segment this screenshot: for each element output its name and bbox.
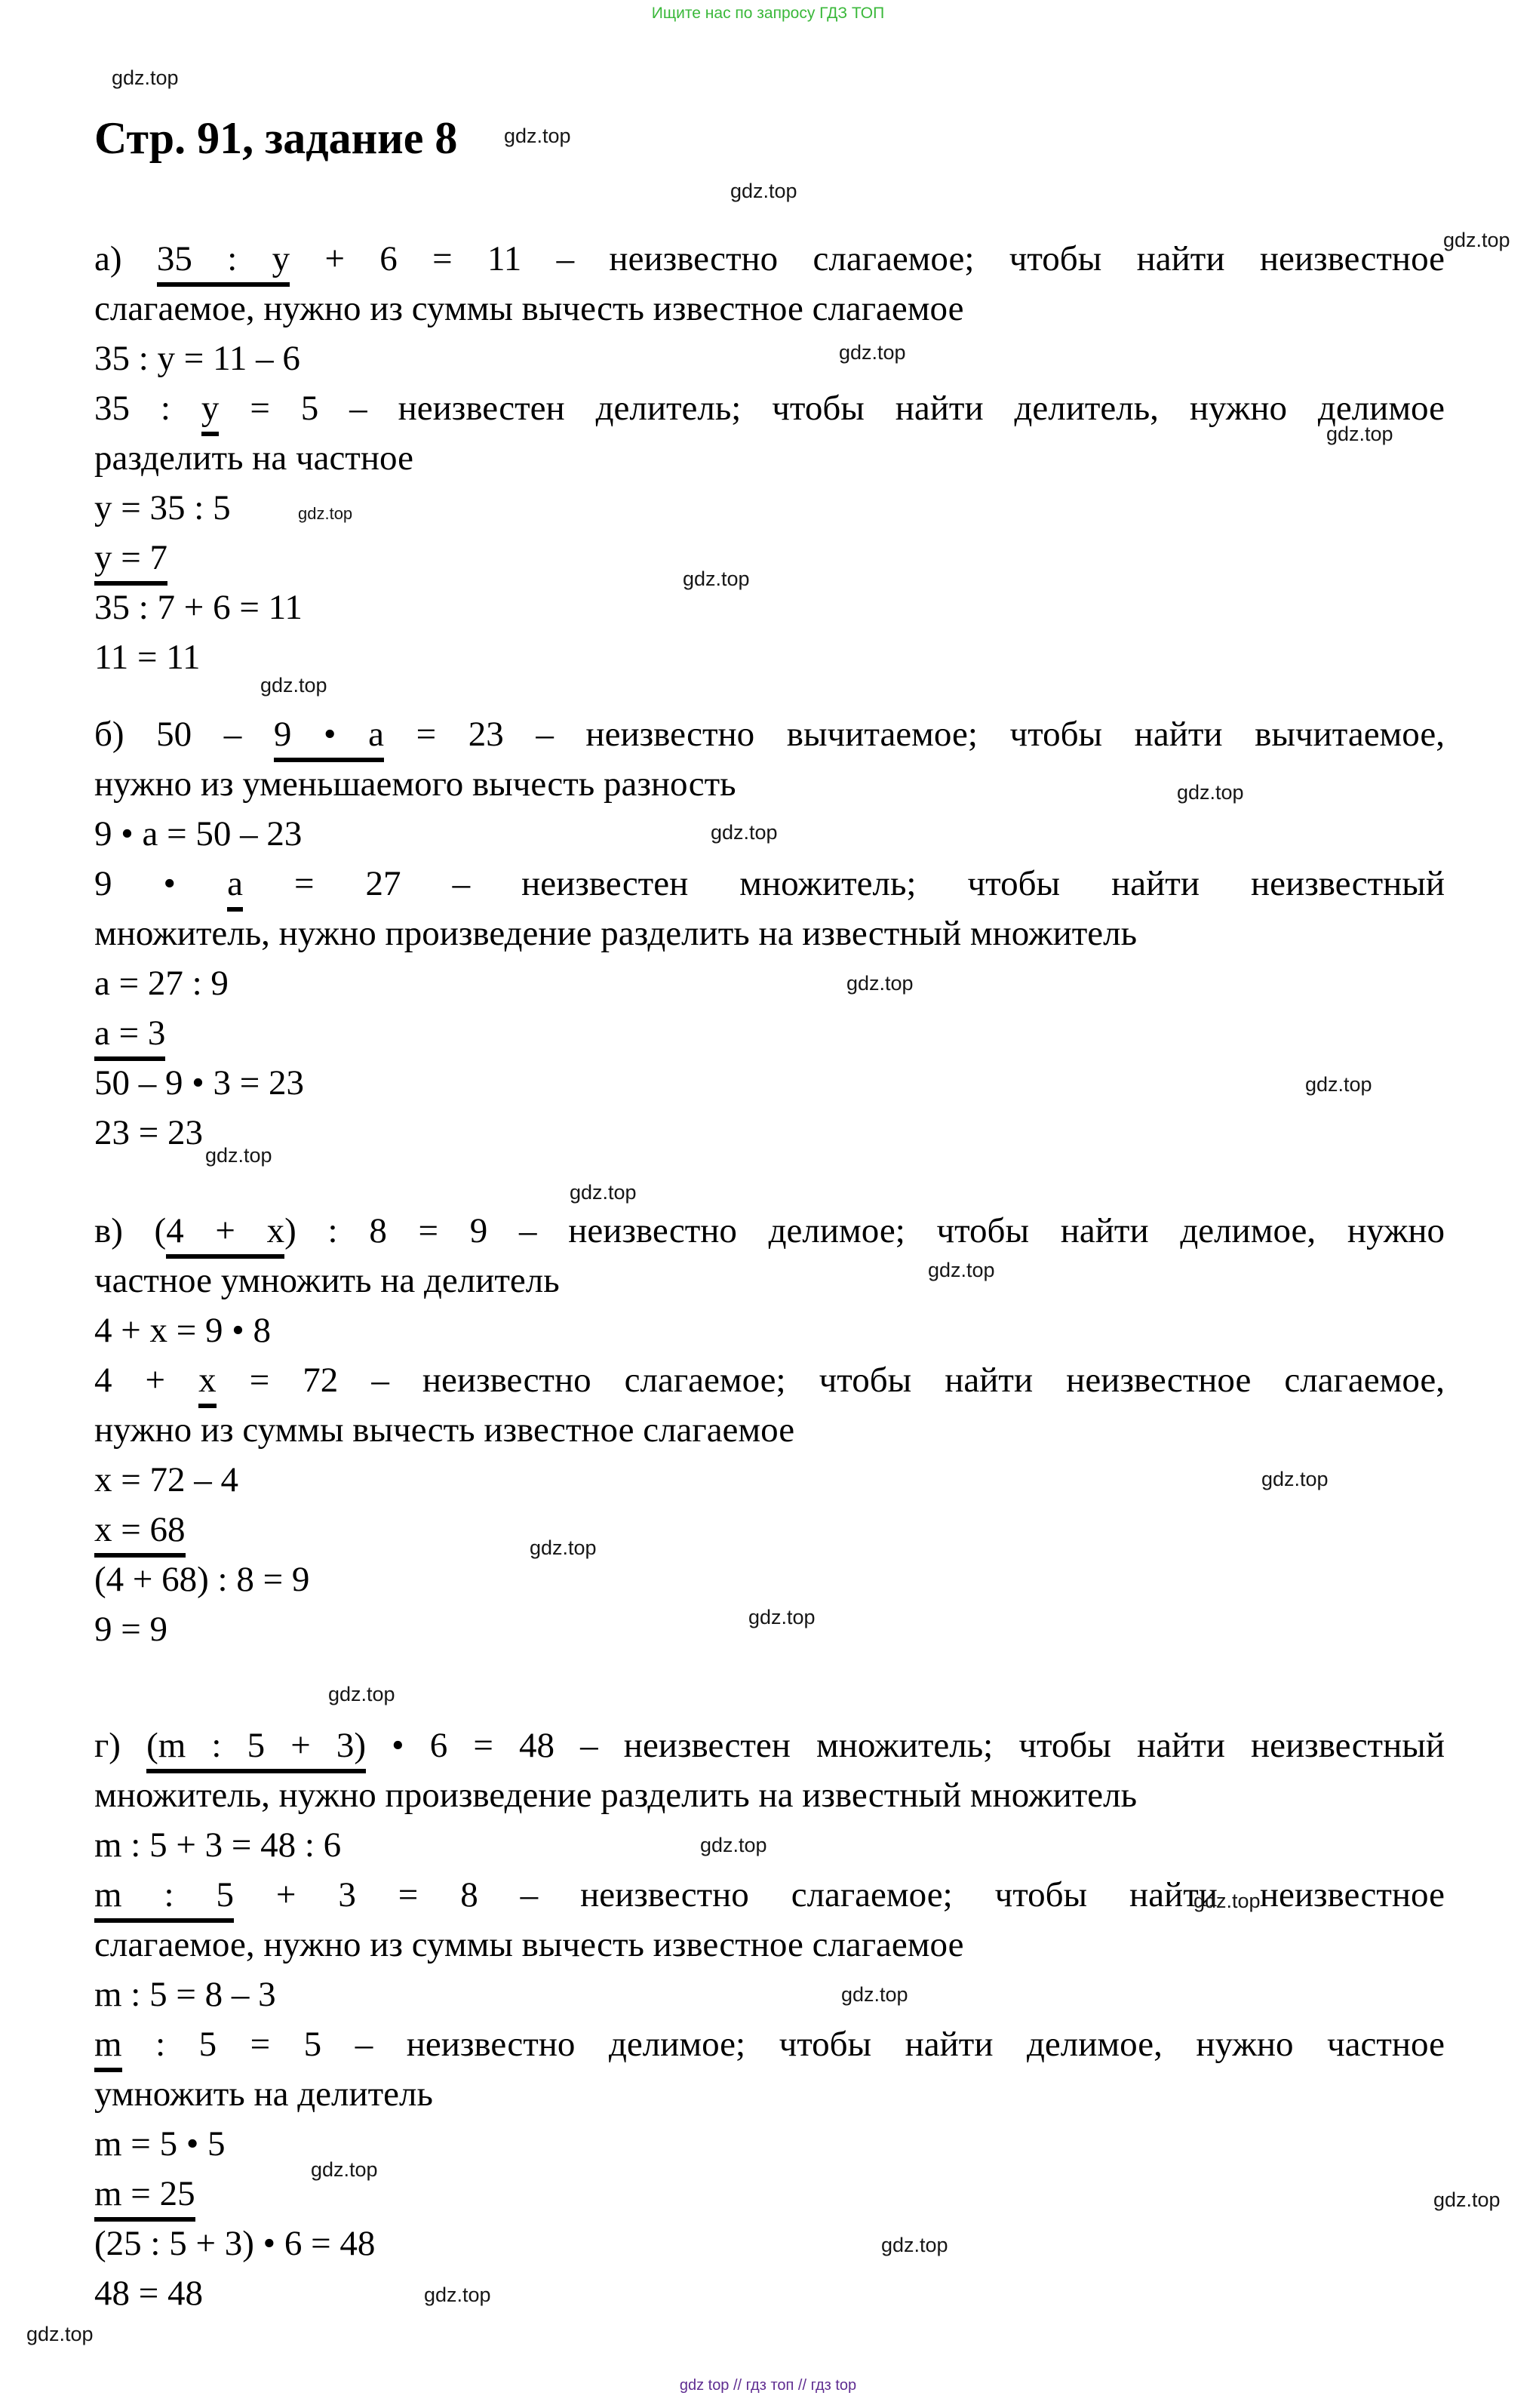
- line-text: : 5 = 5 – неизвестно делимое; чтобы найт…: [122, 2025, 1445, 2064]
- gdz-watermark: gdz.top: [298, 504, 352, 524]
- line-text: 35 : 7 + 6 = 11: [94, 588, 303, 627]
- solution-line: m = 25: [94, 2169, 1445, 2219]
- gdz-watermark: gdz.top: [1443, 229, 1510, 252]
- gdz-watermark: gdz.top: [424, 2283, 491, 2307]
- gdz-watermark: gdz.top: [328, 1683, 395, 1706]
- gdz-watermark: gdz.top: [748, 1606, 816, 1629]
- solution-content: Стр. 91, задание 8 а) 35 : y + 6 = 11 – …: [94, 0, 1445, 2318]
- underlined-term: x: [198, 1361, 217, 1408]
- gdz-watermark: gdz.top: [846, 972, 914, 995]
- line-text: 4 + x = 9 • 8: [94, 1311, 271, 1350]
- line-text: = 23 – неизвестно вычитаемое; чтобы найт…: [384, 715, 1445, 754]
- line-text: слагаемое, нужно из суммы вычесть извест…: [94, 1925, 963, 1964]
- solution-line: а) 35 : y + 6 = 11 – неизвестно слагаемо…: [94, 234, 1445, 284]
- solution-line: 35 : y = 11 – 6: [94, 334, 1445, 383]
- line-text: 11 = 11: [94, 638, 201, 677]
- section-b: б) 50 – 9 • a = 23 – неизвестно вычитаем…: [94, 709, 1445, 1158]
- line-text: г): [94, 1726, 146, 1765]
- solution-line: y = 7: [94, 533, 1445, 583]
- line-text: 50 – 9 • 3 = 23: [94, 1063, 304, 1103]
- underlined-term: 4 + x: [166, 1211, 284, 1259]
- solution-line: 50 – 9 • 3 = 23: [94, 1058, 1445, 1108]
- line-text: • 6 = 48 – неизвестен множитель; чтобы н…: [366, 1726, 1445, 1765]
- line-text: m = 5 • 5: [94, 2124, 226, 2164]
- solution-line: m : 5 = 8 – 3: [94, 1970, 1445, 2019]
- solution-line: 4 + x = 9 • 8: [94, 1305, 1445, 1355]
- line-text: a = 27 : 9: [94, 964, 229, 1003]
- line-text: = 5 – неизвестен делитель; чтобы найти д…: [219, 389, 1445, 428]
- line-text: разделить на частное: [94, 438, 413, 478]
- gdz-watermark: gdz.top: [1193, 1890, 1261, 1913]
- solution-line: умножить на делитель: [94, 2069, 1445, 2119]
- underlined-term: y: [201, 389, 220, 436]
- page: Ищите нас по запросу ГДЗ ТОП Стр. 91, за…: [0, 0, 1536, 2408]
- gdz-watermark: gdz.top: [26, 2323, 94, 2346]
- solution-line: (4 + 68) : 8 = 9: [94, 1555, 1445, 1604]
- line-text: б) 50 –: [94, 715, 274, 754]
- solution-line: нужно из суммы вычесть известное слагаем…: [94, 1405, 1445, 1455]
- page-title: Стр. 91, задание 8: [94, 112, 1445, 165]
- gdz-watermark: gdz.top: [700, 1834, 767, 1857]
- underlined-term: m : 5: [94, 1875, 234, 1923]
- section-g: г) (m : 5 + 3) • 6 = 48 – неизвестен мно…: [94, 1721, 1445, 2318]
- line-text: ) : 8 = 9 – неизвестно делимое; чтобы на…: [284, 1211, 1445, 1250]
- line-text: 9 •: [94, 864, 227, 903]
- gdz-watermark: gdz.top: [1261, 1468, 1329, 1491]
- solution-line: 35 : 7 + 6 = 11: [94, 583, 1445, 632]
- solution-line: частное умножить на делитель: [94, 1256, 1445, 1305]
- solution-line: б) 50 – 9 • a = 23 – неизвестно вычитаем…: [94, 709, 1445, 759]
- line-text: умножить на делитель: [94, 2074, 433, 2114]
- line-text: 9 • a = 50 – 23: [94, 814, 302, 853]
- solution-line: m : 5 = 5 – неизвестно делимое; чтобы на…: [94, 2019, 1445, 2069]
- gdz-watermark: gdz.top: [711, 821, 778, 844]
- gdz-watermark: gdz.top: [841, 1983, 908, 2007]
- solution-line: m : 5 + 3 = 48 : 6: [94, 1820, 1445, 1870]
- gdz-watermark: gdz.top: [311, 2158, 378, 2182]
- section-a: а) 35 : y + 6 = 11 – неизвестно слагаемо…: [94, 234, 1445, 682]
- underlined-term: (m : 5 + 3): [146, 1726, 366, 1773]
- underlined-term: x = 68: [94, 1510, 186, 1558]
- solution-line: множитель, нужно произведение разделить …: [94, 909, 1445, 958]
- gdz-watermark: gdz.top: [683, 567, 750, 591]
- line-text: y = 35 : 5: [94, 488, 231, 527]
- line-text: (25 : 5 + 3) • 6 = 48: [94, 2224, 375, 2263]
- line-text: 48 = 48: [94, 2274, 203, 2313]
- underlined-term: a = 3: [94, 1013, 165, 1061]
- solution-line: x = 68: [94, 1505, 1445, 1555]
- line-text: + 3 = 8 – неизвестно слагаемое; чтобы на…: [234, 1875, 1445, 1914]
- underlined-term: a: [227, 864, 243, 912]
- solution-line: (25 : 5 + 3) • 6 = 48: [94, 2219, 1445, 2268]
- gdz-watermark: gdz.top: [1326, 423, 1393, 446]
- line-text: 23 = 23: [94, 1113, 203, 1152]
- solution-line: 48 = 48: [94, 2268, 1445, 2318]
- line-text: x = 72 – 4: [94, 1460, 238, 1499]
- gdz-watermark: gdz.top: [530, 1536, 597, 1560]
- line-text: нужно из суммы вычесть известное слагаем…: [94, 1410, 794, 1450]
- solution-line: 9 • a = 27 – неизвестен множитель; чтобы…: [94, 859, 1445, 909]
- line-text: (4 + 68) : 8 = 9: [94, 1560, 309, 1599]
- solution-line: y = 35 : 5: [94, 483, 1445, 533]
- gdz-watermark: gdz.top: [881, 2234, 948, 2257]
- line-text: множитель, нужно произведение разделить …: [94, 914, 1137, 953]
- gdz-watermark: gdz.top: [205, 1144, 272, 1167]
- footer-links: gdz top // гдз топ // гдз top: [0, 2377, 1536, 2394]
- solution-line: 35 : y = 5 – неизвестен делитель; чтобы …: [94, 383, 1445, 433]
- underlined-term: m: [94, 2025, 122, 2072]
- gdz-watermark: gdz.top: [570, 1181, 637, 1204]
- section-v: в) (4 + x) : 8 = 9 – неизвестно делимое;…: [94, 1206, 1445, 1654]
- gdz-watermark: gdz.top: [1305, 1073, 1372, 1096]
- gdz-watermark: gdz.top: [504, 125, 571, 148]
- gdz-watermark: gdz.top: [1433, 2188, 1501, 2212]
- gdz-watermark: gdz.top: [730, 180, 797, 203]
- solution-line: x = 72 – 4: [94, 1455, 1445, 1505]
- line-text: в) (: [94, 1211, 166, 1250]
- underlined-term: 9 • a: [274, 715, 384, 762]
- line-text: = 72 – неизвестно слагаемое; чтобы найти…: [217, 1361, 1445, 1400]
- line-text: частное умножить на делитель: [94, 1261, 560, 1300]
- underlined-term: 35 : y: [157, 239, 290, 287]
- line-text: 9 = 9: [94, 1610, 167, 1649]
- line-text: а): [94, 239, 157, 278]
- gdz-watermark: gdz.top: [839, 341, 906, 364]
- line-text: множитель, нужно произведение разделить …: [94, 1776, 1137, 1815]
- line-text: = 27 – неизвестен множитель; чтобы найти…: [243, 864, 1445, 903]
- line-text: + 6 = 11 – неизвестно слагаемое; чтобы н…: [290, 239, 1445, 278]
- gdz-watermark: gdz.top: [928, 1259, 995, 1282]
- gdz-watermark: gdz.top: [260, 674, 327, 697]
- line-text: 4 +: [94, 1361, 198, 1400]
- solution-line: г) (m : 5 + 3) • 6 = 48 – неизвестен мно…: [94, 1721, 1445, 1770]
- solution-line: разделить на частное: [94, 433, 1445, 483]
- solution-line: слагаемое, нужно из суммы вычесть извест…: [94, 284, 1445, 334]
- solution-line: a = 3: [94, 1008, 1445, 1058]
- solution-line: в) (4 + x) : 8 = 9 – неизвестно делимое;…: [94, 1206, 1445, 1256]
- solution-line: 23 = 23: [94, 1108, 1445, 1158]
- line-text: нужно из уменьшаемого вычесть разность: [94, 764, 736, 804]
- solution-line: множитель, нужно произведение разделить …: [94, 1770, 1445, 1820]
- line-text: m : 5 + 3 = 48 : 6: [94, 1825, 341, 1865]
- solution-line: слагаемое, нужно из суммы вычесть извест…: [94, 1920, 1445, 1970]
- underlined-term: y = 7: [94, 538, 167, 586]
- solution-line: 4 + x = 72 – неизвестно слагаемое; чтобы…: [94, 1355, 1445, 1405]
- line-text: слагаемое, нужно из суммы вычесть извест…: [94, 289, 963, 328]
- line-text: 35 : y = 11 – 6: [94, 339, 300, 378]
- line-text: m : 5 = 8 – 3: [94, 1975, 276, 2014]
- gdz-watermark: gdz.top: [112, 66, 179, 90]
- solution-line: a = 27 : 9: [94, 958, 1445, 1008]
- underlined-term: m = 25: [94, 2174, 195, 2222]
- line-text: 35 :: [94, 389, 201, 428]
- gdz-watermark: gdz.top: [1177, 781, 1244, 804]
- solution-line: m = 5 • 5: [94, 2119, 1445, 2169]
